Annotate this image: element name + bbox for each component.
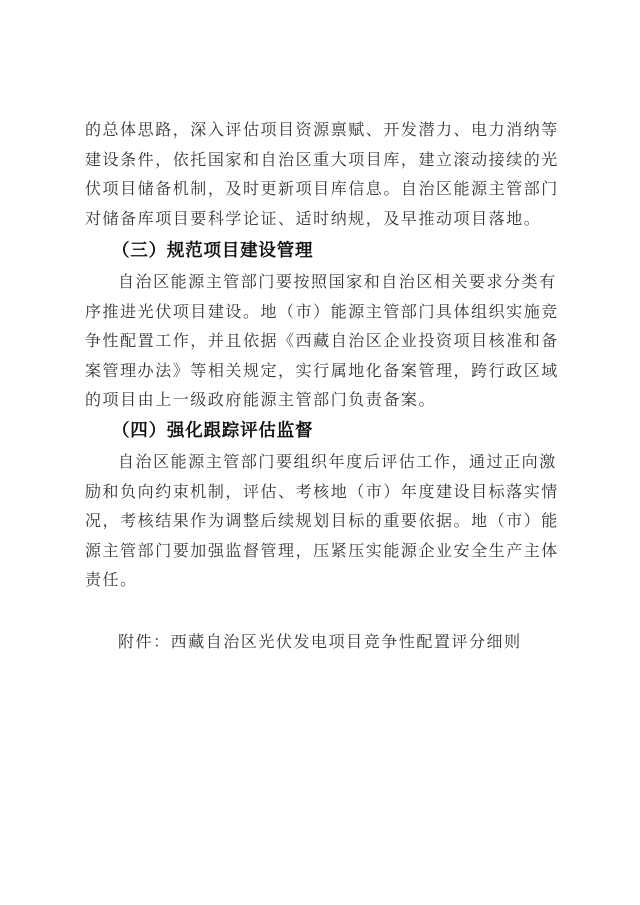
paragraph-line: 况，考核结果作为调整后续规划目标的重要依据。地（市）能: [85, 507, 558, 537]
attachment-reference: 附件：西藏自治区光伏发电项目竞争性配置评分细则: [85, 628, 558, 658]
paragraph-line: 案管理办法》等相关规定，实行属地化备案管理，跨行政区域: [85, 357, 558, 387]
section-heading-4: （四）强化跟踪评估监督: [85, 416, 558, 446]
paragraph-line: 伏项目储备机制，及时更新项目库信息。自治区能源主管部门: [85, 175, 558, 205]
paragraph-line: 建设条件，依托国家和自治区重大项目库，建立滚动接续的光: [85, 146, 558, 176]
paragraph-evaluation-supervision: 自治区能源主管部门要组织年度后评估工作，通过正向激 励和负向约束机制，评估、考核…: [85, 448, 558, 596]
paragraph-line: 自治区能源主管部门要按照国家和自治区相关要求分类有: [85, 268, 558, 298]
attachment-line: 附件：西藏自治区光伏发电项目竞争性配置评分细则: [85, 628, 558, 658]
section-heading-3: （三）规范项目建设管理: [85, 236, 558, 266]
paragraph-line: 责任。: [85, 566, 558, 596]
paragraph-line: 争性配置工作，并且依据《西藏自治区企业投资项目核准和备: [85, 327, 558, 357]
paragraph-line: 的总体思路，深入评估项目资源禀赋、开发潜力、电力消纳等: [85, 116, 558, 146]
document-page: 的总体思路，深入评估项目资源禀赋、开发潜力、电力消纳等 建设条件，依托国家和自治…: [0, 0, 640, 905]
paragraph-line: 序推进光伏项目建设。地（市）能源主管部门具体组织实施竞: [85, 298, 558, 328]
paragraph-line: 的项目由上一级政府能源主管部门负责备案。: [85, 386, 558, 416]
paragraph-line: 励和负向约束机制，评估、考核地（市）年度建设目标落实情: [85, 478, 558, 508]
paragraph-line: 源主管部门要加强监督管理，压紧压实能源企业安全生产主体: [85, 537, 558, 567]
paragraph-continuation: 的总体思路，深入评估项目资源禀赋、开发潜力、电力消纳等 建设条件，依托国家和自治…: [85, 116, 558, 234]
paragraph-project-management: 自治区能源主管部门要按照国家和自治区相关要求分类有 序推进光伏项目建设。地（市）…: [85, 268, 558, 416]
paragraph-line: 自治区能源主管部门要组织年度后评估工作，通过正向激: [85, 448, 558, 478]
paragraph-line: 对储备库项目要科学论证、适时纳规，及早推动项目落地。: [85, 205, 558, 235]
